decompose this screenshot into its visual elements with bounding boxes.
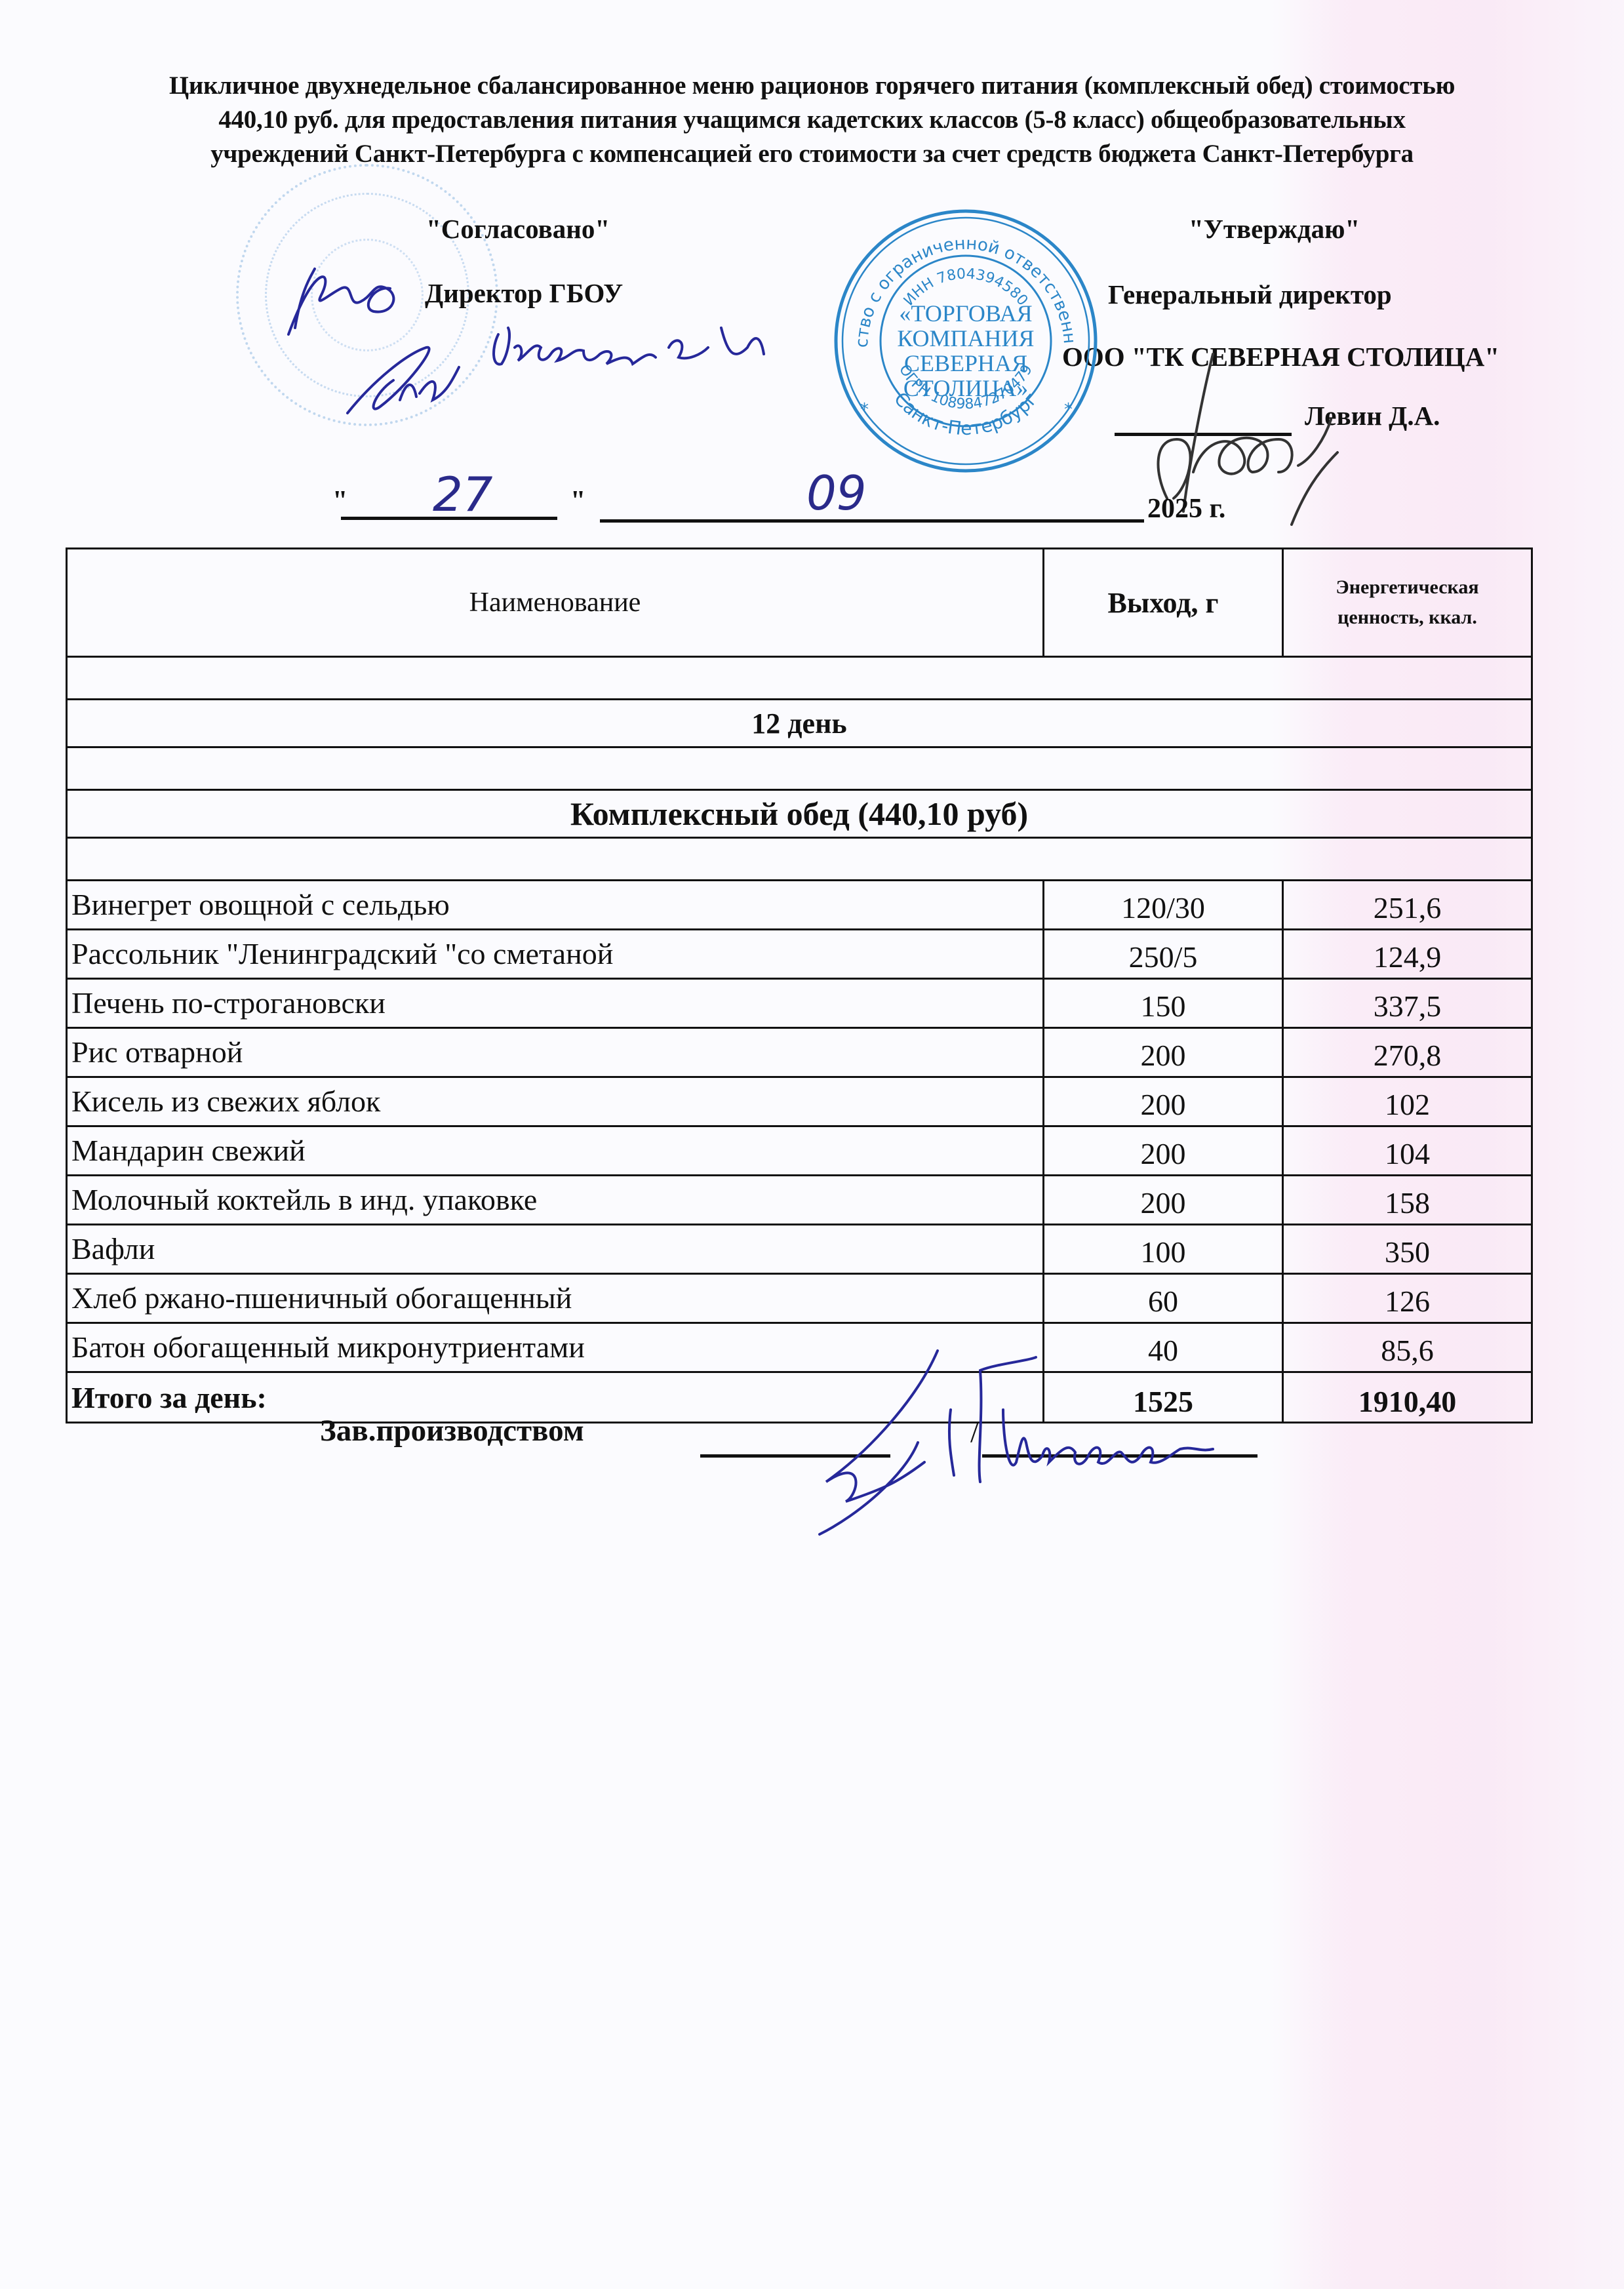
item-yield: 200 [1044,1028,1283,1077]
total-row: Итого за день: 1525 1910,40 [67,1372,1532,1423]
svg-text:*: * [1064,400,1073,420]
total-yield: 1525 [1044,1372,1283,1423]
signature-line [1115,433,1292,436]
date-day-handwritten: 27 [433,467,493,522]
item-name: Печень по-строгановски [67,979,1044,1028]
meal-row: Комплексный обед (440,10 руб) [67,790,1532,838]
header-energy-line1: Энергетическая [1290,572,1524,603]
table-row: Хлеб ржано-пшеничный обогащенный 60 126 [67,1274,1532,1323]
total-energy: 1910,40 [1283,1372,1532,1423]
title-line-3: учреждений Санкт-Петербурга с компенсаци… [39,137,1585,171]
svg-text:СЕВЕРНАЯ: СЕВЕРНАЯ [904,350,1027,376]
production-manager-signature-block: Зав.производством / [320,1413,584,1448]
table-row: Рис отварной 200 270,8 [67,1028,1532,1077]
svg-text:КОМПАНИЯ: КОМПАНИЯ [897,325,1034,351]
spacer-row [67,838,1532,881]
item-name: Мандарин свежий [67,1126,1044,1176]
item-yield: 120/30 [1044,881,1283,930]
item-energy: 158 [1283,1176,1532,1225]
item-energy: 124,9 [1283,930,1532,979]
item-name: Рис отварной [67,1028,1044,1077]
title-line-2: 440,10 руб. для предоставления питания у… [39,103,1585,137]
director-position: Директор ГБОУ [425,277,623,309]
item-energy: 104 [1283,1126,1532,1176]
production-manager-label: Зав.производством [320,1414,584,1448]
signer-name: Левин Д.А. [1305,400,1440,431]
table-row: Винегрет овощной с сельдью 120/30 251,6 [67,881,1532,930]
item-yield: 100 [1044,1225,1283,1274]
item-yield: 60 [1044,1274,1283,1323]
item-energy: 102 [1283,1077,1532,1126]
date-open-quote: " [332,485,347,517]
approve-label: "Утверждаю" [1189,213,1360,245]
item-energy: 251,6 [1283,881,1532,930]
item-name: Батон обогащенный микронутриентами [67,1323,1044,1372]
item-energy: 85,6 [1283,1323,1532,1372]
item-energy: 337,5 [1283,979,1532,1028]
month-underline [600,519,1144,523]
item-yield: 200 [1044,1176,1283,1225]
agreed-label: "Согласовано" [426,213,610,245]
date-month-handwritten: 09 [806,466,867,521]
table-row: Мандарин свежий 200 104 [67,1126,1532,1176]
table-header-row: Наименование Выход, г Энергетическая цен… [67,549,1532,657]
table-row: Печень по-строгановски 150 337,5 [67,979,1532,1028]
item-name: Молочный коктейль в инд. упаковке [67,1176,1044,1225]
item-yield: 250/5 [1044,930,1283,979]
day-row: 12 день [67,700,1532,747]
menu-table: Наименование Выход, г Энергетическая цен… [66,547,1533,1423]
table-row: Батон обогащенный микронутриентами 40 85… [67,1323,1532,1372]
company-stamp: Общество с ограниченной ответственностью… [831,207,1100,475]
item-yield: 40 [1044,1323,1283,1372]
date-close-quote: " [570,485,585,517]
item-name: Кисель из свежих яблок [67,1077,1044,1126]
item-name: Винегрет овощной с сельдью [67,881,1044,930]
table-row: Кисель из свежих яблок 200 102 [67,1077,1532,1126]
svg-text:«ТОРГОВАЯ: «ТОРГОВАЯ [899,300,1032,327]
header-energy: Энергетическая ценность, ккал. [1283,549,1532,657]
item-yield: 200 [1044,1077,1283,1126]
item-name: Рассольник "Ленинградский "со сметаной [67,930,1044,979]
header-energy-line2: ценность, ккал. [1290,603,1524,633]
day-label: 12 день [67,700,1532,747]
date-year: 2025 г. [1147,493,1225,525]
general-director-position: Генеральный директор [1108,279,1392,310]
item-yield: 200 [1044,1126,1283,1176]
spacer-row [67,747,1532,790]
title-line-1: Цикличное двухнедельное сбалансированное… [39,69,1585,103]
meal-label: Комплексный обед (440,10 руб) [67,790,1532,838]
organization-name: ООО "ТК СЕВЕРНАЯ СТОЛИЦА" [1062,341,1499,372]
svg-text:СТОЛИЦА»: СТОЛИЦА» [903,375,1028,401]
document-title: Цикличное двухнедельное сбалансированное… [39,69,1585,171]
svg-text:*: * [860,400,869,420]
item-energy: 126 [1283,1274,1532,1323]
signature-separator: / [970,1414,979,1450]
spacer-row [67,657,1532,700]
item-name: Хлеб ржано-пшеничный обогащенный [67,1274,1044,1323]
approval-date: " 27 " 09 2025 г. [325,485,1295,531]
signature-underline [700,1422,890,1458]
item-energy: 270,8 [1283,1028,1532,1077]
item-energy: 350 [1283,1225,1532,1274]
item-name: Вафли [67,1225,1044,1274]
table-row: Молочный коктейль в инд. упаковке 200 15… [67,1176,1532,1225]
item-yield: 150 [1044,979,1283,1028]
table-row: Рассольник "Ленинградский "со сметаной 2… [67,930,1532,979]
name-underline [982,1422,1258,1458]
header-yield: Выход, г [1044,549,1283,657]
table-row: Вафли 100 350 [67,1225,1532,1274]
header-name: Наименование [67,549,1044,657]
